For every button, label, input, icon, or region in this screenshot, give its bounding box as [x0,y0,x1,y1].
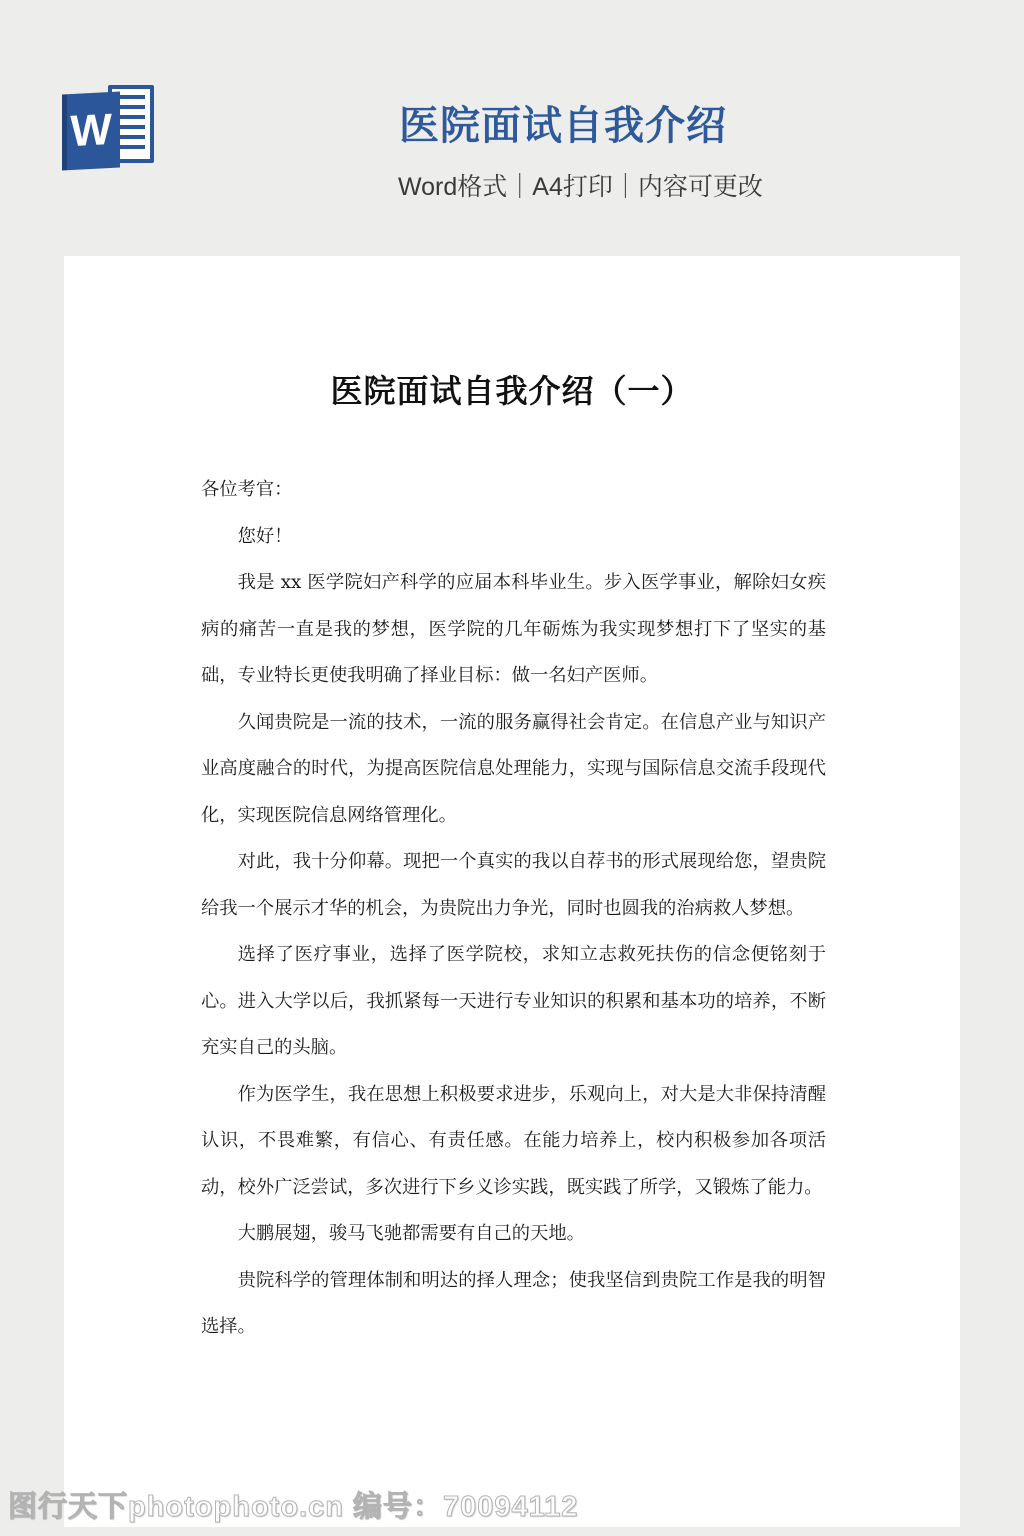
paragraph-student-quality: 作为医学生，我在思想上积极要求进步，乐观向上，对大是大非保持清醒认识，不畏难繁，… [201,1072,826,1212]
page-canvas: W 医院面试自我介绍 Word格式｜A4打印｜内容可更改 医院面试自我介绍（一）… [0,0,1024,1536]
header-text-block: 医院面试自我介绍 Word格式｜A4打印｜内容可更改 [398,94,728,203]
paragraph-intro: 我是 xx 医学院妇产科学的应届本科毕业生。步入医学事业，解除妇女疾病的痛苦一直… [201,560,826,700]
word-icon: W [62,83,154,173]
paragraph-metaphor: 大鹏展翅，骏马飞驰都需要有自己的天地。 [201,1211,826,1258]
paragraph-admiration: 对此，我十分仰幕。现把一个真实的我以自荐书的形式展现给您，望贵院给我一个展示才华… [201,839,826,932]
paragraph-career-choice: 选择了医疗事业，选择了医学院校，求知立志救死扶伤的信念便铭刻于心。进入大学以后，… [201,932,826,1072]
site-header: W 医院面试自我介绍 Word格式｜A4打印｜内容可更改 [0,0,1024,256]
document-body: 各位考官： 您好！ 我是 xx 医学院妇产科学的应届本科毕业生。步入医学事业，解… [64,467,960,1351]
word-icon-letter: W [70,108,112,154]
site-watermark: 图行天下photophoto.cn 编号：70094112 [8,1484,578,1525]
document-title: 医院面试自我介绍（一） [64,366,960,412]
word-icon-flag: W [62,91,120,170]
paragraph-hospital-praise: 久闻贵院是一流的技术，一流的服务赢得社会肯定。在信息产业与知识产业高度融合的时代… [201,700,826,840]
paragraph-conclusion: 贵院科学的管理体制和明达的择人理念；使我坚信到贵院工作是我的明智选择。 [201,1258,826,1351]
page-title: 医院面试自我介绍 [398,94,728,151]
paragraph-salutation: 各位考官： [201,467,826,514]
word-icon-text-lines [117,95,145,153]
page-subtitle: Word格式｜A4打印｜内容可更改 [398,167,728,203]
document-sheet: 医院面试自我介绍（一） 各位考官： 您好！ 我是 xx 医学院妇产科学的应届本科… [64,256,960,1527]
paragraph-greeting: 您好！ [201,514,826,561]
